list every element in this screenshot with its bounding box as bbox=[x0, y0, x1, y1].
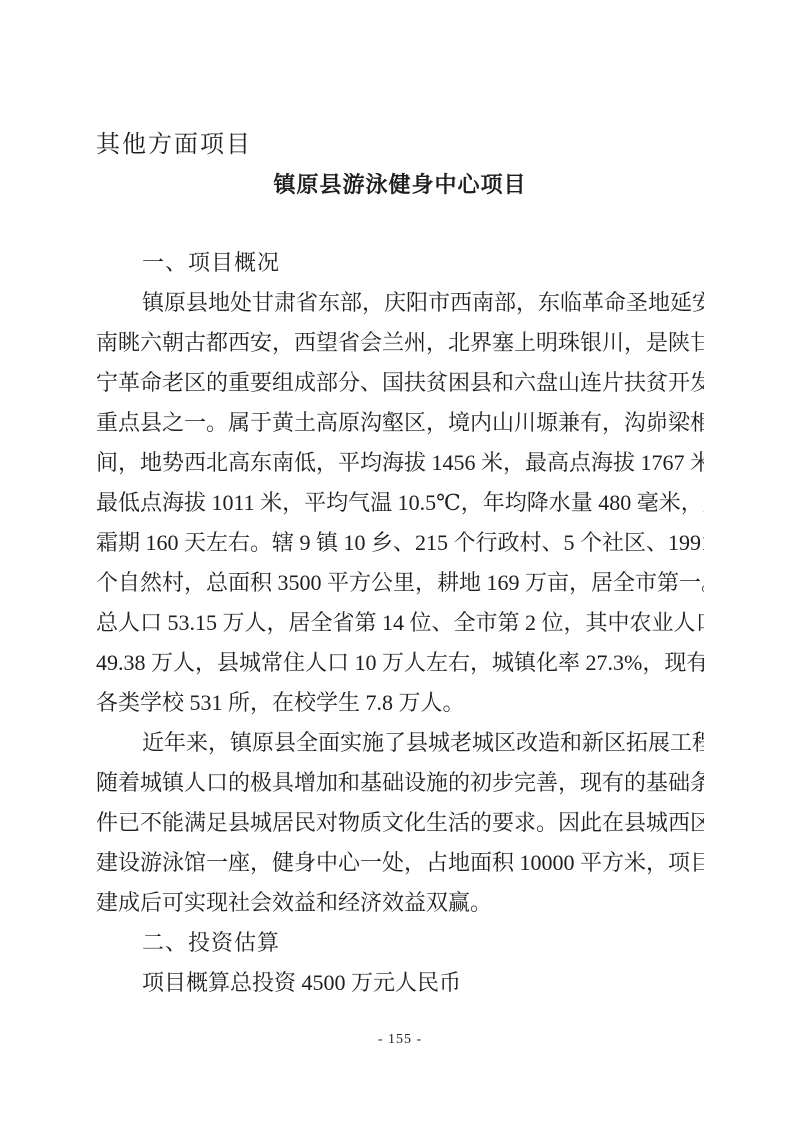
section-2-heading: 二、投资估算 bbox=[96, 923, 704, 963]
text-line: 南眺六朝古都西安，西望省会兰州，北界塞上明珠银川，是陕甘 bbox=[96, 323, 704, 363]
text-line: 近年来，镇原县全面实施了县城老城区改造和新区拓展工程， bbox=[96, 723, 704, 763]
page-number: - 155 - bbox=[0, 1032, 800, 1048]
text-line: 随着城镇人口的极具增加和基础设施的初步完善，现有的基础条 bbox=[96, 763, 704, 803]
text-line: 个自然村，总面积 3500 平方公里，耕地 169 万亩，居全市第一。 bbox=[96, 563, 704, 603]
category-label: 其他方面项目 bbox=[96, 124, 252, 159]
text-line: 建设游泳馆一座，健身中心一处，占地面积 10000 平方米，项目 bbox=[96, 843, 704, 883]
text-line: 最低点海拔 1011 米，平均气温 10.5℃，年均降水量 480 毫米，无 bbox=[96, 483, 704, 523]
text-line: 镇原县地处甘肃省东部，庆阳市西南部，东临革命圣地延安， bbox=[96, 283, 704, 323]
section-1-heading: 一、项目概况 bbox=[96, 243, 704, 283]
text-line: 霜期 160 天左右。辖 9 镇 10 乡、215 个行政村、5 个社区、199… bbox=[96, 523, 704, 563]
text-line: 各类学校 531 所，在校学生 7.8 万人。 bbox=[96, 683, 704, 723]
text-line: 总人口 53.15 万人，居全省第 14 位、全市第 2 位，其中农业人口 bbox=[96, 603, 704, 643]
text-line: 建成后可实现社会效益和经济效益双赢。 bbox=[96, 883, 704, 923]
document-body: 一、项目概况 镇原县地处甘肃省东部，庆阳市西南部，东临革命圣地延安， 南眺六朝古… bbox=[96, 243, 704, 1003]
text-line: 宁革命老区的重要组成部分、国扶贫困县和六盘山连片扶贫开发 bbox=[96, 363, 704, 403]
text-line: 间，地势西北高东南低，平均海拔 1456 米，最高点海拔 1767 米， bbox=[96, 443, 704, 483]
document-page: 其他方面项目 镇原县游泳健身中心项目 一、项目概况 镇原县地处甘肃省东部，庆阳市… bbox=[0, 0, 800, 1131]
text-line: 49.38 万人，县城常住人口 10 万人左右，城镇化率 27.3%，现有 bbox=[96, 643, 704, 683]
text-line: 项目概算总投资 4500 万元人民币 bbox=[96, 963, 704, 1003]
text-line: 重点县之一。属于黄土高原沟壑区，境内山川塬兼有，沟峁梁相 bbox=[96, 403, 704, 443]
text-line: 件已不能满足县城居民对物质文化生活的要求。因此在县城西区 bbox=[96, 803, 704, 843]
document-title: 镇原县游泳健身中心项目 bbox=[0, 168, 800, 199]
